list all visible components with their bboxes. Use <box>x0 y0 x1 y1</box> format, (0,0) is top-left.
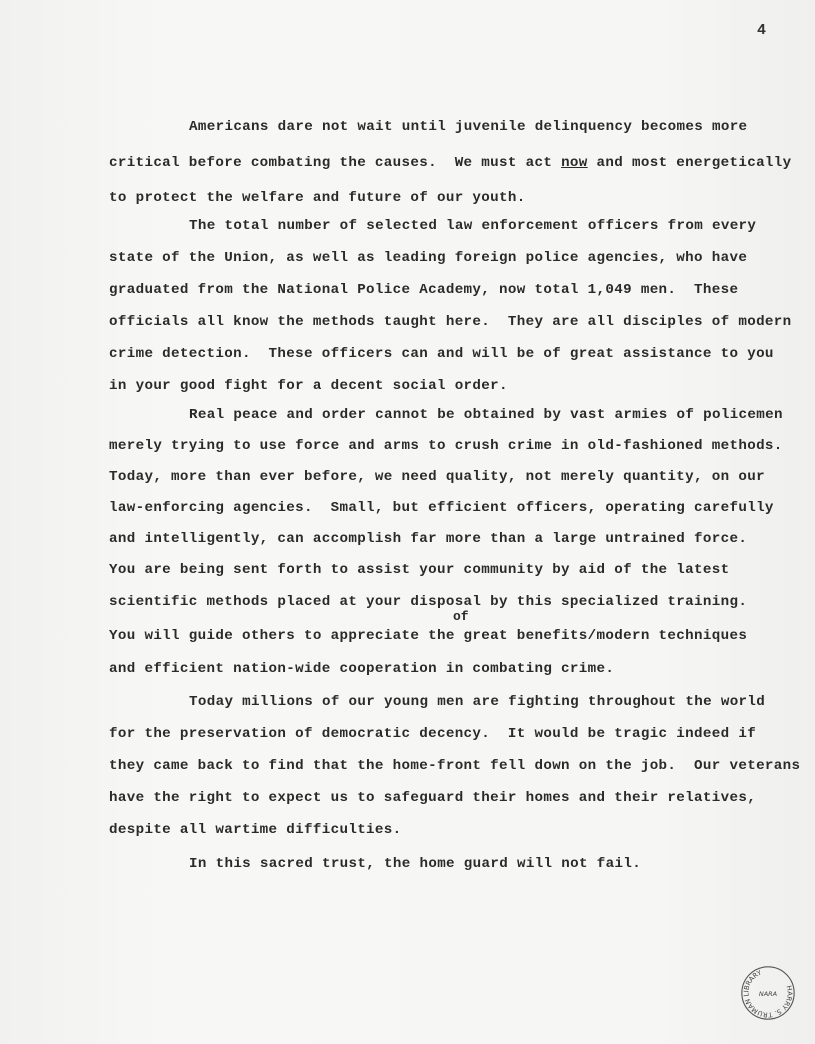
handwritten-insertion: of <box>453 609 469 624</box>
text-line: critical before combating the causes. We… <box>109 154 792 172</box>
text-line: despite all wartime difficulties. <box>109 821 402 839</box>
text-line: merely trying to use force and arms to c… <box>109 437 783 455</box>
underlined-word: now <box>561 155 588 171</box>
text-line: they came back to find that the home-fro… <box>109 757 800 775</box>
text-line: and efficient nation-wide cooperation in… <box>109 660 614 678</box>
document-page: 4 Americans dare not wait until juvenile… <box>0 0 815 1044</box>
text-line: Americans dare not wait until juvenile d… <box>189 118 747 136</box>
text-line: The total number of selected law enforce… <box>189 217 756 235</box>
page-number: 4 <box>757 22 766 39</box>
text-line: Today, more than ever before, we need qu… <box>109 468 765 486</box>
text-segment: and most energetically <box>588 155 792 171</box>
text-line: scientific methods placed at your dispos… <box>109 593 747 611</box>
stamp-inner-text: NARA <box>759 990 778 998</box>
text-line: for the preservation of democratic decen… <box>109 725 756 743</box>
text-line: Real peace and order cannot be obtained … <box>189 406 783 424</box>
archive-stamp-icon: HARRY S. TRUMAN LIBRARY NARA <box>740 965 796 1021</box>
text-line: to protect the welfare and future of our… <box>109 189 526 207</box>
text-line: Today millions of our young men are figh… <box>189 693 765 711</box>
text-line: You will guide others to appreciate the … <box>109 627 747 645</box>
text-line: officials all know the methods taught he… <box>109 313 792 331</box>
text-segment: critical before combating the causes. We… <box>109 155 561 171</box>
text-line: have the right to expect us to safeguard… <box>109 789 756 807</box>
text-line: graduated from the National Police Acade… <box>109 281 738 299</box>
text-line: You are being sent forth to assist your … <box>109 561 729 579</box>
text-line: crime detection. These officers can and … <box>109 345 774 363</box>
text-line: in your good fight for a decent social o… <box>109 377 508 395</box>
text-line: In this sacred trust, the home guard wil… <box>189 855 641 873</box>
text-line: and intelligently, can accomplish far mo… <box>109 530 747 548</box>
text-line: state of the Union, as well as leading f… <box>109 249 747 267</box>
text-line: law-enforcing agencies. Small, but effic… <box>109 499 774 517</box>
